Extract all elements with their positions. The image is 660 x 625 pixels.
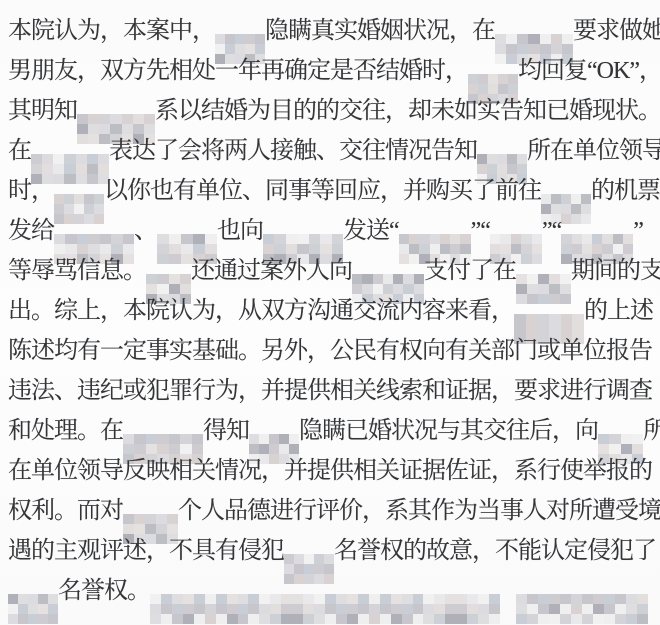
redaction-mosaic (150, 594, 500, 624)
text-segment: 出。综上，本院认为，从双方沟通交流内容来看， (8, 298, 514, 324)
text-segment: ”“ (471, 218, 490, 244)
redaction-mosaic (516, 594, 648, 624)
text-line-12: 在单位领导反映相关情况，并提供相关证据佐证，系行使举报的 (8, 451, 658, 491)
text-segment: 在 (8, 138, 31, 164)
text-line-2: 男朋友，双方先相处一年再确定是否结婚时，均回复“OK”， (8, 51, 658, 91)
text-segment: 名誉权的故意，不能认定侵犯了 (334, 538, 656, 564)
text-segment: 陈述均有一定事实基础。另外，公民有权向有关部门或单位报告 (8, 338, 652, 364)
text-segment: ” (633, 218, 643, 244)
redaction-mosaic (8, 594, 58, 624)
text-line-13: 权利。而对个人品德进行评价，系其作为当事人对所遭受境 (8, 491, 658, 531)
text-segment: 本院认为，本案中， (8, 18, 215, 44)
text-line-14: 遇的主观评述，不具有侵犯名誉权的故意，不能认定侵犯了 (8, 531, 658, 571)
text-line-7: 等辱骂信息。还通过案外人向支付了在期间的支 (8, 251, 658, 291)
court-opinion-document: 本院认为，本案中，隐瞒真实婚姻状况，在要求做她男朋友，双方先相处一年再确定是否结… (0, 0, 660, 625)
text-segment: 所 (643, 418, 660, 444)
text-segment: 以你也有单位、同事等回应，并购买了前往 (104, 178, 541, 204)
text-segment: 所在单位领导 (527, 138, 660, 164)
text-segment: 的机票， (591, 178, 660, 204)
text-segment: ”“ (542, 218, 561, 244)
text-segment: 时， (8, 178, 54, 204)
text-segment: 得知 (203, 418, 249, 444)
text-line-6: 发给、也向发送“”“”“” (8, 211, 658, 251)
text-segment: 期间的支 (571, 258, 660, 284)
text-line-10: 违法、违纪或犯罪行为，并提供相关线索和证据，要求进行调查 (8, 371, 658, 411)
document-lines: 本院认为，本案中，隐瞒真实婚姻状况，在要求做她男朋友，双方先相处一年再确定是否结… (8, 11, 658, 611)
text-segment: 等辱骂信息。 (8, 258, 146, 284)
text-line-4: 在表达了会将两人接触、交往情况告知所在单位领导 (8, 131, 658, 171)
text-line-15: 名誉权。 (8, 571, 658, 611)
text-segment: 、 (134, 218, 157, 244)
text-segment: 均回复“OK”， (518, 58, 660, 84)
text-line-5: 时，以你也有单位、同事等回应，并购买了前往的机票， (8, 171, 658, 211)
text-line-11: 和处理。在得知隐瞒已婚状况与其交往后，向所 (8, 411, 658, 451)
text-line-1: 本院认为，本案中，隐瞒真实婚姻状况，在要求做她 (8, 11, 658, 51)
text-segment: 其明知 (8, 98, 77, 124)
text-segment: 还通过案外人向 (191, 258, 352, 284)
text-segment: 支付了在 (424, 258, 516, 284)
text-segment: 男朋友，双方先相处一年再确定是否结婚时， (8, 58, 468, 84)
text-segment: 名誉权。 (58, 578, 150, 604)
text-segment: 在单位领导反映相关情况，并提供相关证据佐证，系行使举报的 (8, 458, 652, 484)
redaction-gap (500, 597, 516, 598)
text-line-8: 出。综上，本院认为，从双方沟通交流内容来看，的上述 (8, 291, 658, 331)
text-line-9: 陈述均有一定事实基础。另外，公民有权向有关部门或单位报告 (8, 331, 658, 371)
text-segment: 隐瞒真实婚姻状况，在 (265, 18, 495, 44)
text-segment: 遇的主观评述，不具有侵犯 (8, 538, 284, 564)
text-segment: 隐瞒已婚状况与其交往后，向 (299, 418, 598, 444)
text-line-3: 其明知系以结婚为目的的交往，却未如实告知已婚现状。 (8, 91, 658, 131)
text-segment: 发给 (8, 218, 54, 244)
text-segment: 和处理。在 (8, 418, 123, 444)
text-segment: 的上述 (584, 298, 653, 324)
text-segment: 发送“ (343, 218, 399, 244)
text-segment: 权利。而对 (8, 498, 123, 524)
text-segment: 违法、违纪或犯罪行为，并提供相关线索和证据，要求进行调查 (8, 378, 652, 404)
text-segment: 表达了会将两人接触、交往情况告知 (109, 138, 477, 164)
text-segment: 个人品德进行评价，系其作为当事人对所遭受境 (178, 498, 660, 524)
text-segment: 也向 (217, 218, 263, 244)
text-segment: 要求做她 (573, 18, 660, 44)
text-segment: 系以结婚为目的的交往，却未如实告知已婚现状。 (155, 98, 660, 124)
